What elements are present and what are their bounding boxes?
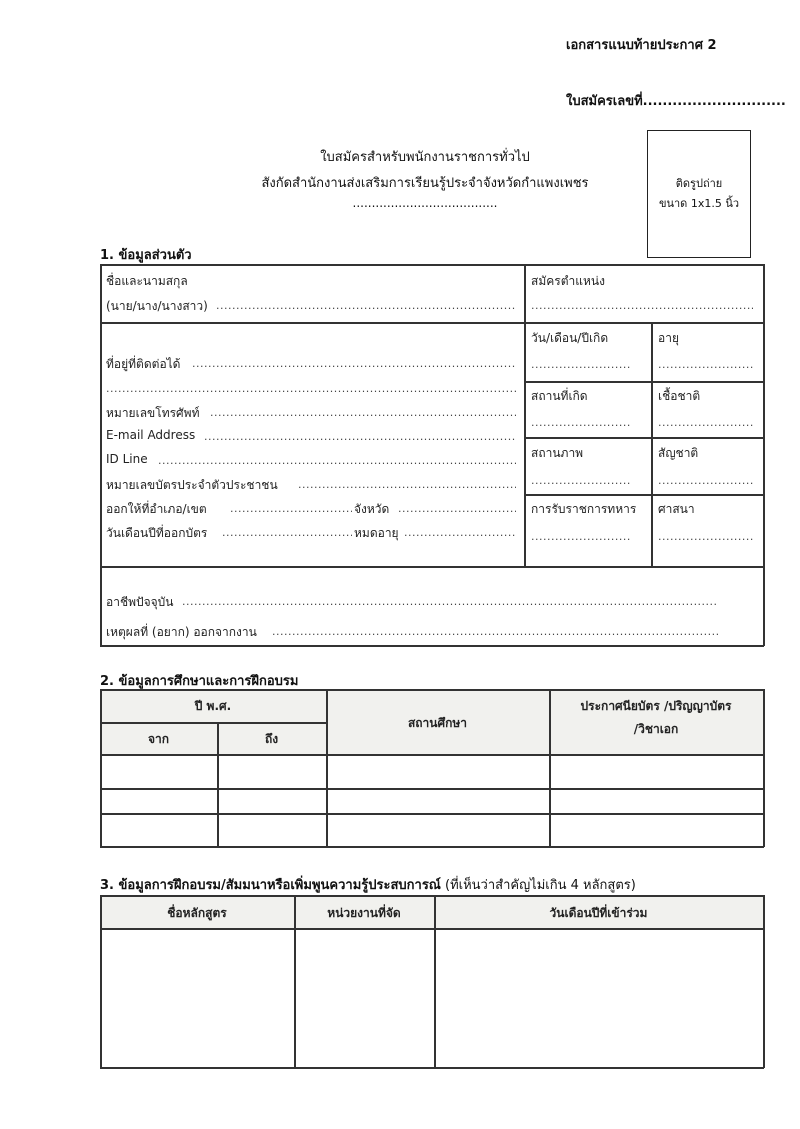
address-label: ที่อยู่ที่ติดต่อได้ bbox=[106, 355, 180, 374]
table-border bbox=[100, 264, 764, 266]
province-input[interactable]: ........................................… bbox=[398, 502, 516, 515]
birthdate-label: วัน/เดือน/ปีเกิด bbox=[531, 329, 608, 348]
table-border bbox=[763, 689, 765, 847]
nationality-input[interactable]: ........................................… bbox=[658, 474, 754, 487]
table-border bbox=[100, 722, 326, 724]
col-header-major: /วิชาเอก bbox=[549, 720, 763, 739]
form-subtitle: สังกัดสำนักงานส่งเสริมการเรียนรู้ประจำจั… bbox=[200, 172, 650, 193]
age-input[interactable]: ........................................… bbox=[658, 358, 754, 371]
col-header-organizer: หน่วยงานที่จัด bbox=[294, 904, 434, 923]
birthplace-label: สถานที่เกิด bbox=[531, 387, 588, 406]
col-header-course: ชื่อหลักสูตร bbox=[100, 904, 294, 923]
phone-label: หมายเลขโทรศัพท์ bbox=[106, 404, 200, 423]
col-header-date: วันเดือนปีที่เข้าร่วม bbox=[434, 904, 763, 923]
section-3-title: 3. ข้อมูลการฝึกอบรม/สัมมนาหรือเพิ่มพูนคว… bbox=[100, 874, 636, 895]
table-border bbox=[100, 1067, 764, 1069]
col-header-to: ถึง bbox=[217, 730, 326, 749]
table-border bbox=[100, 689, 764, 691]
issued-district-label: ออกให้ที่อำเภอ/เขต bbox=[106, 500, 207, 519]
table-row[interactable] bbox=[101, 756, 763, 787]
table-border bbox=[100, 895, 764, 897]
photo-box-label: ติดรูปถ่าย bbox=[676, 174, 722, 194]
form-title: ใบสมัครสำหรับพนักงานราชการทั่วไป bbox=[200, 146, 650, 167]
col-header-from: จาก bbox=[100, 730, 217, 749]
line-id-label: ID Line bbox=[106, 452, 148, 466]
table-row[interactable] bbox=[101, 815, 763, 845]
address-input-line1[interactable]: ........................................… bbox=[192, 357, 516, 370]
email-input[interactable]: ........................................… bbox=[204, 430, 516, 443]
birthdate-input[interactable]: ........................................… bbox=[531, 358, 631, 371]
ethnicity-label: เชื้อชาติ bbox=[658, 387, 700, 406]
section-3-title-note: (ที่เห็นว่าสำคัญไม่เกิน 4 หลักสูตร) bbox=[441, 878, 636, 893]
birthplace-input[interactable]: ........................................… bbox=[531, 416, 631, 429]
id-card-label: หมายเลขบัตรประจำตัวประชาชน bbox=[106, 476, 278, 495]
col-header-degree: ประกาศนียบัตร /ปริญญาบัตร bbox=[549, 697, 763, 716]
military-service-label: การรับราชการทหาร bbox=[531, 500, 636, 519]
expiry-label: หมดอายุ bbox=[354, 524, 399, 543]
issue-date-input[interactable]: ........................................… bbox=[222, 526, 352, 539]
form-subtitle-blank[interactable]: ...................................... bbox=[200, 196, 650, 210]
table-border bbox=[763, 895, 765, 1068]
name-prefix-label: (นาย/นาง/นางสาว) bbox=[106, 297, 208, 316]
military-service-input[interactable]: ........................................… bbox=[531, 530, 631, 543]
name-label: ชื่อและนามสกุล bbox=[106, 272, 188, 291]
ethnicity-input[interactable]: ........................................… bbox=[658, 416, 754, 429]
line-id-input[interactable]: ........................................… bbox=[158, 454, 516, 467]
table-border bbox=[651, 322, 653, 566]
table-border bbox=[524, 264, 526, 566]
table-border bbox=[524, 494, 764, 496]
table-border bbox=[524, 437, 764, 439]
age-label: อายุ bbox=[658, 329, 679, 348]
table-border bbox=[100, 566, 764, 568]
table-border bbox=[763, 264, 765, 646]
table-row[interactable] bbox=[101, 790, 763, 812]
marital-status-input[interactable]: ........................................… bbox=[531, 474, 631, 487]
table-border bbox=[100, 322, 764, 324]
section-1-title: 1. ข้อมูลส่วนตัว bbox=[100, 244, 192, 265]
occupation-input[interactable]: ........................................… bbox=[182, 595, 718, 608]
section-3-title-main: 3. ข้อมูลการฝึกอบรม/สัมมนาหรือเพิ่มพูนคว… bbox=[100, 878, 441, 893]
expiry-input[interactable]: ........................................… bbox=[404, 526, 516, 539]
occupation-label: อาชีพปัจจุบัน bbox=[106, 593, 174, 612]
province-label: จังหวัด bbox=[354, 500, 389, 519]
table-border bbox=[524, 381, 764, 383]
table-row[interactable] bbox=[101, 930, 763, 1066]
email-label: E-mail Address bbox=[106, 428, 195, 442]
leave-reason-label: เหตุผลที่ (อยาก) ออกจากงาน bbox=[106, 623, 257, 642]
table-border bbox=[100, 846, 764, 848]
nationality-label: สัญชาติ bbox=[658, 444, 698, 463]
religion-input[interactable]: ........................................… bbox=[658, 530, 754, 543]
name-input[interactable]: ........................................… bbox=[216, 299, 516, 312]
photo-box[interactable]: ติดรูปถ่าย ขนาด 1x1.5 นิ้ว bbox=[647, 130, 751, 258]
leave-reason-input[interactable]: ........................................… bbox=[272, 625, 718, 638]
marital-status-label: สถานภาพ bbox=[531, 444, 583, 463]
document-reference: เอกสารแนบท้ายประกาศ 2 bbox=[566, 34, 717, 55]
religion-label: ศาสนา bbox=[658, 500, 695, 519]
application-number-field[interactable]: ใบสมัครเลขที่...........................… bbox=[566, 90, 786, 111]
position-input[interactable]: ........................................… bbox=[531, 299, 753, 312]
col-header-year: ปี พ.ศ. bbox=[100, 697, 326, 716]
table-border bbox=[100, 645, 764, 647]
address-input-line2[interactable]: ........................................… bbox=[106, 382, 516, 395]
col-header-institution: สถานศึกษา bbox=[326, 714, 549, 733]
table-border bbox=[100, 264, 102, 646]
position-label: สมัครตำแหน่ง bbox=[531, 272, 605, 291]
issued-district-input[interactable]: ........................................… bbox=[230, 502, 352, 515]
section-2-title: 2. ข้อมูลการศึกษาและการฝึกอบรม bbox=[100, 670, 298, 691]
photo-box-size: ขนาด 1x1.5 นิ้ว bbox=[659, 194, 739, 214]
phone-input[interactable]: ........................................… bbox=[210, 406, 516, 419]
issue-date-label: วันเดือนปีที่ออกบัตร bbox=[106, 524, 207, 543]
id-card-input[interactable]: ........................................… bbox=[298, 478, 516, 491]
